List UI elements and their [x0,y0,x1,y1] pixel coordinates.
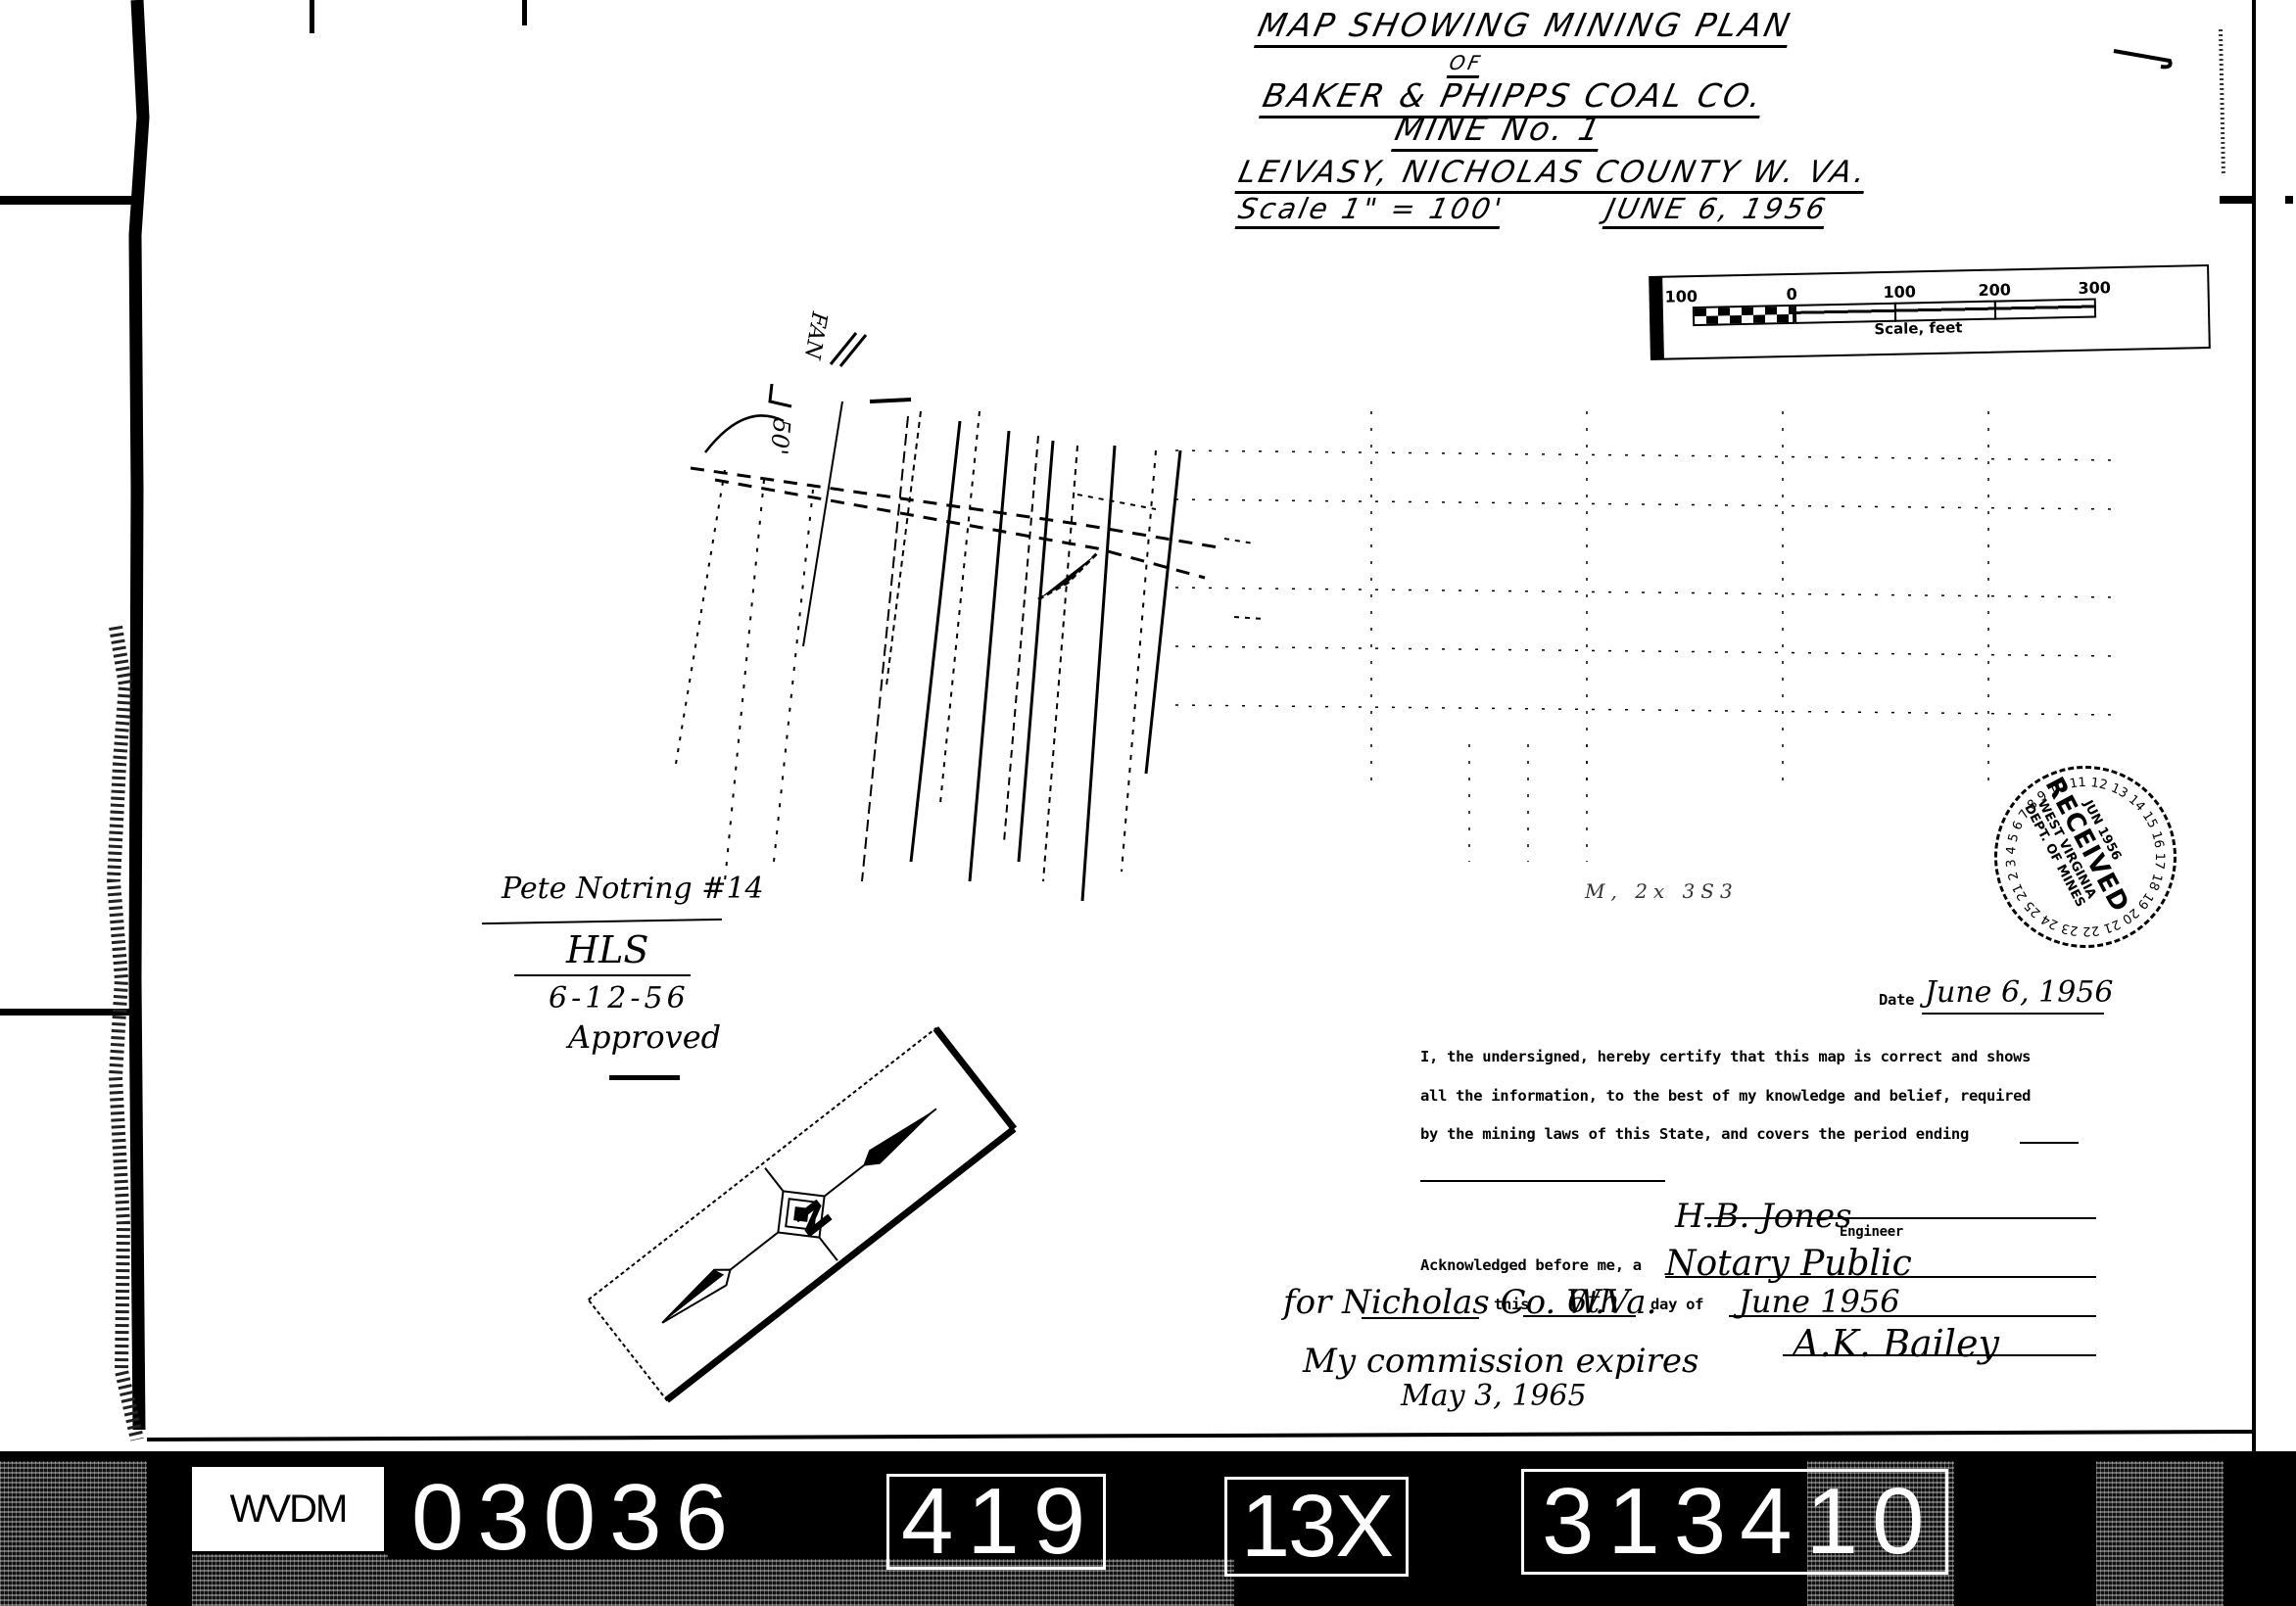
commission-line-2: May 3, 1965 [1401,1379,1587,1413]
notary-signature: A.K. Bailey [1793,1322,1999,1365]
id-prefix: WVDM [192,1467,384,1551]
date-label: Date [1879,991,1914,1009]
cert-line-3: by the mining laws of this State, and co… [1420,1125,1969,1143]
ack-label: Acknowledged before me, a [1420,1256,1642,1274]
strip-noise [0,1461,147,1606]
notary-line [1783,1354,2096,1356]
date-underline [1922,1013,2104,1015]
month-line [1729,1315,2096,1317]
id-field-2: 419 [886,1474,1106,1570]
date-value: June 6, 1956 [1925,975,2113,1010]
cert-line-2: all the information, to the best of my k… [1420,1087,2031,1105]
cert-line-1: I, the undersigned, hereby certify that … [1420,1048,2031,1065]
id-field-3: 13X [1224,1477,1409,1577]
strip-noise [192,1554,388,1606]
strip-noise [2096,1461,2224,1606]
this-label: this [1494,1296,1529,1313]
period-blank [1420,1180,1665,1182]
period-blank [2020,1142,2079,1144]
id-field-1: 03036 [411,1469,741,1567]
day-of-label: day of [1650,1296,1703,1313]
id-field-4: 313410 [1521,1469,1948,1575]
commission-line-1: My commission expires [1303,1342,1698,1381]
day-line [1523,1315,1636,1317]
ack-line [1665,1276,2096,1278]
county-line [1362,1317,1479,1319]
north-arrow-icon [0,0,2296,1606]
engineer-line [1704,1217,2096,1219]
engineer-label: Engineer [1840,1224,1903,1240]
engineer-signature: H.B. Jones [1675,1197,1852,1236]
